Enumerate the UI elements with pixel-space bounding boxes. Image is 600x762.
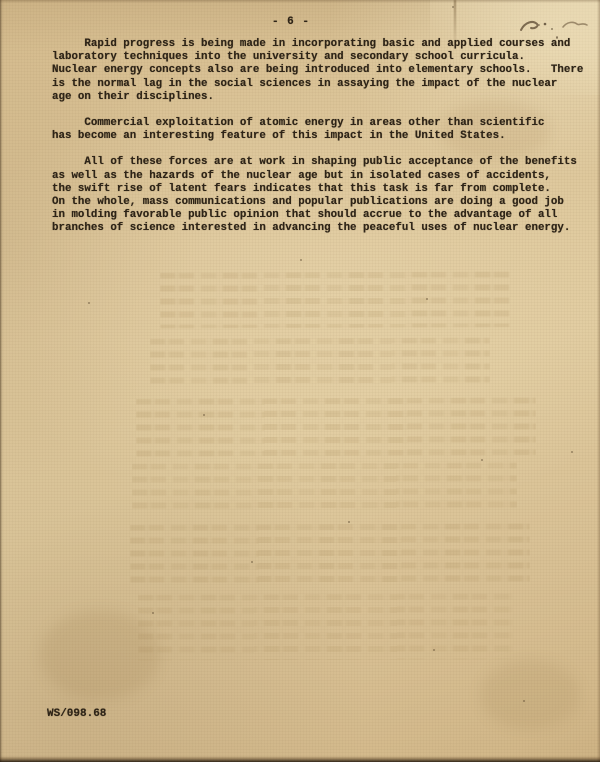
bleedthrough-text-block	[136, 397, 536, 456]
paper-speck	[348, 521, 350, 523]
scanned-document-page: - 6 - Rapid progress is being made in in…	[0, 0, 600, 762]
paragraph-education-progress: Rapid progress is being made in incorpor…	[52, 38, 588, 104]
paper-speck	[88, 302, 90, 304]
paper-stain	[480, 660, 580, 730]
scan-edge-left	[0, 0, 3, 762]
paper-speck	[251, 561, 253, 563]
scan-edge-bottom	[0, 756, 600, 762]
bleedthrough-text-block	[160, 271, 510, 328]
bleedthrough-text-block	[138, 593, 513, 660]
bleedthrough-text-block	[132, 462, 517, 509]
scan-edge-top	[0, 0, 600, 3]
paper-speck	[203, 414, 205, 416]
bleedthrough-text-block	[130, 523, 530, 584]
bleedthrough-text-block	[150, 337, 490, 388]
paragraph-public-acceptance: All of these forces are at work in shapi…	[52, 156, 588, 235]
reference-code: WS/098.68	[47, 708, 106, 720]
paper-stain	[40, 610, 160, 700]
paper-speck	[152, 612, 154, 614]
paper-speck	[426, 298, 428, 300]
paper-speck	[433, 649, 435, 651]
document-body: Rapid progress is being made in incorpor…	[52, 38, 588, 249]
page-number: - 6 -	[0, 16, 582, 28]
paper-speck	[571, 451, 573, 453]
paragraph-commercial-exploitation: Commercial exploitation of atomic energy…	[52, 117, 588, 143]
paper-speck	[300, 259, 302, 261]
paper-speck	[523, 700, 525, 702]
paper-speck	[481, 459, 483, 461]
